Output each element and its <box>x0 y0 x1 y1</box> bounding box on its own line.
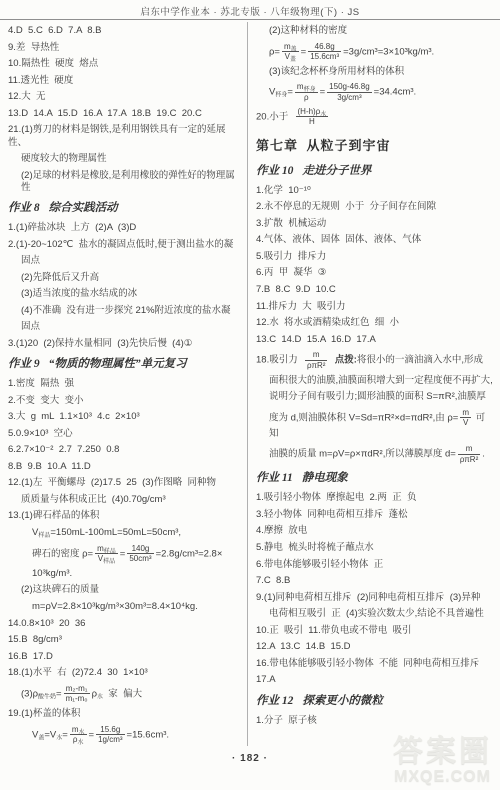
subscript: 样品 <box>103 559 115 565</box>
answer-line: 1.(1)碎盐冰块 上方 (2)A (3)D <box>8 222 244 234</box>
subscript: 酸牛奶 <box>38 694 56 700</box>
fraction: m水ρ水 <box>70 725 87 745</box>
answer-line: 4.D 5.C 6.D 7.A 8.B <box>8 25 244 37</box>
fraction: (H-h)ρ水H <box>296 107 329 127</box>
answer-line: 固点 <box>8 321 244 333</box>
column-divider <box>247 22 248 746</box>
answer-line: 13.(1)碑石样品的体积 <box>8 510 244 522</box>
section-heading: 作业 8综合实践活动 <box>8 201 244 216</box>
fraction: m盖V盖 <box>282 42 299 62</box>
page-header: 启东中学作业本 · 苏北专版 · 八年级物理(下) · JS <box>0 4 500 18</box>
answer-line: (2)这种材料的密度 <box>256 25 494 37</box>
section-label: 作业 9 <box>8 358 40 370</box>
answer-line: 碑石的密度 ρ=m样品V样品=140g50cm³=2.8g/cm³=2.8× <box>8 544 244 564</box>
subscript: 样品 <box>38 533 50 539</box>
answer-line: 3.大 g mL 1.1×10³ 4.c 2×10³ <box>8 411 244 423</box>
answer-line: 度为 d,则油膜体积 V=Sd=πR²×d=πdR²,由 ρ=mV 可知 <box>256 408 494 441</box>
answer-line: (3)ρ酸牛奶=m₂-m₁m₁-m₀ρ水 家 偏大 <box>8 684 244 704</box>
answer-line: 固点 <box>8 255 244 267</box>
answer-line: 9.(1)同种电荷相互排斥 (2)同种电荷相互排斥 (3)异种 <box>256 592 494 604</box>
right-column: (2)这种材料的密度ρ=m盖V盖=46.8g15.6cm³=3g/cm³=3×1… <box>256 25 494 731</box>
answer-line: V杯身=m杯身ρ=150g-46.8g3g/cm³=34.4cm³. <box>256 82 494 102</box>
answer-line: 6.丙 甲 凝华 ③ <box>256 267 494 279</box>
answer-line: 1.化学 10⁻¹⁰ <box>256 185 494 197</box>
section-heading: 作业 9“物质的物理属性”单元复习 <box>8 357 244 372</box>
watermark-logo: 答案圈 <box>393 735 492 768</box>
fraction: mV <box>460 408 471 428</box>
watermark-domain: MXQE.COM <box>393 768 492 786</box>
answer-line: 7.B 8.C 9.D 10.C <box>256 284 494 296</box>
answer-line: 4.摩擦 放电 <box>256 525 494 537</box>
answer-line: (2)这块碑石的质量 <box>8 584 244 596</box>
answer-line: 2.(1)-20~102℃ 盐水的凝固点低时,便于测出盐水的凝 <box>8 239 244 251</box>
answer-line: 2.不变 变大 变小 <box>8 395 244 407</box>
section-title: 综合实践活动 <box>49 202 118 214</box>
answer-line: ρ=m盖V盖=46.8g15.6cm³=3g/cm³=3×10³kg/m³. <box>256 42 494 62</box>
answer-line: 11.透光性 硬度 <box>8 75 244 87</box>
fraction: m杯身ρ <box>295 82 318 102</box>
answer-line: m=ρV=2.8×10³kg/m³×30m³=8.4×10⁴kg. <box>8 601 244 613</box>
answer-line: 11.排斥力 大 吸引力 <box>256 301 494 313</box>
answer-line: 5.静电 梳头时将梳子蘸点水 <box>256 542 494 554</box>
answer-line: 说明分子间有吸引力;圆形油膜的面积 S=πR²,油膜厚 <box>256 391 494 403</box>
fraction: mρπR² <box>458 444 480 464</box>
fraction: 140g50cm³ <box>127 544 153 564</box>
answer-line: 13.D 14.A 15.D 16.A 17.A 18.B 19.C 20.C <box>8 108 244 120</box>
section-title: 静电现象 <box>302 472 348 484</box>
fraction: 150g-46.8g3g/cm³ <box>327 82 371 102</box>
section-title: 走进分子世界 <box>302 165 371 177</box>
answer-line: (2)足球的材料是橡胶,是利用橡胶的弹性好的物理属性 <box>8 170 244 195</box>
header-rule <box>0 19 500 20</box>
section-title: “物质的物理属性”单元复习 <box>49 358 187 370</box>
answer-line: 14.0.8×10³ 20 36 <box>8 618 244 630</box>
subscript: 杯身 <box>275 93 287 99</box>
answer-line: 6.带电体能够吸引轻小物体 正 <box>256 559 494 571</box>
chapter-heading: 第七章 从粒子到宇宙 <box>256 138 494 155</box>
answer-line: 10.正 吸引 11.带负电或不带电 吸引 <box>256 625 494 637</box>
answer-line: 1.分子 原子核 <box>256 715 494 727</box>
answer-line: 7.C 8.B <box>256 575 494 587</box>
answer-line: 2.永不停息的无规则 小于 分子间存在间隙 <box>256 201 494 213</box>
answer-line: 16.B 17.D <box>8 651 244 663</box>
answer-line: 12.大 无 <box>8 91 244 103</box>
answer-line: 12.(1)左 平衡螺母 (2)17.5 25 (3)作图略 同种物 <box>8 477 244 489</box>
answer-line: (4)不准确 没有进一步探究 21%附近浓度的盐水凝 <box>8 305 244 317</box>
section-heading: 作业 11静电现象 <box>256 471 494 486</box>
answer-line: 16.带电体能够吸引轻小物体 不能 同种电荷相互排斥 <box>256 658 494 670</box>
section-heading: 作业 12探索更小的微粒 <box>256 694 494 709</box>
answer-line: 油膜的质量 m=ρV=ρ×πdR²,所以薄膜厚度 d=mρπR². <box>256 444 494 464</box>
answer-line: 3.扩散 机械运动 <box>256 218 494 230</box>
answer-line: 19.(1)杯盖的体积 <box>8 708 244 720</box>
fraction: 15.6g1g/cm³ <box>96 725 124 745</box>
answer-line: 18.(1)水平 右 (2)72.4 30 1×10³ <box>8 667 244 679</box>
answer-line: 3.(1)20 (2)保持水量相同 (3)先快后慢 (4)① <box>8 338 244 350</box>
answer-line: 8.B 9.B 10.A 11.D <box>8 461 244 473</box>
fraction: 46.8g15.6cm³ <box>308 42 341 62</box>
answer-line: (3)该纪念杯杯身所用材料的体积 <box>256 66 494 78</box>
fraction: mρπR² <box>305 350 327 370</box>
answer-line: 5.吸引力 排斥力 <box>256 251 494 263</box>
answer-line: 面积很大的油膜,油膜面积增大到一定程度便不再扩大, <box>256 375 494 387</box>
answer-line: 1.密度 隔热 强 <box>8 378 244 390</box>
answer-line: 21.(1)剪刀的材料是钢铁,是利用钢铁具有一定的延展性、 <box>8 124 244 149</box>
answer-line: 硬度较大的物理属性 <box>8 153 244 165</box>
answer-line: 6.2.7×10⁻² 2.7 7.250 0.8 <box>8 444 244 456</box>
answer-line: (3)适当浓度的盐水结成的冰 <box>8 288 244 300</box>
left-column: 4.D 5.C 6.D 7.A 8.B9.差 导热性10.隔热性 硬度 熔点11… <box>8 25 244 749</box>
answer-line: 12.A 13.C 14.B 15.D <box>256 641 494 653</box>
section-heading: 作业 10走进分子世界 <box>256 164 494 179</box>
answer-line: 3.轻小物体 同种电荷相互排斥 蓬松 <box>256 509 494 521</box>
answer-line: 12.水 将水或酒精染成红色 细 小 <box>256 317 494 329</box>
answer-line: 9.差 导热性 <box>8 42 244 54</box>
answer-book-page: 启东中学作业本 · 苏北专版 · 八年级物理(下) · JS 4.D 5.C 6… <box>0 0 500 790</box>
section-label: 作业 8 <box>8 202 40 214</box>
section-label: 作业 11 <box>256 472 293 484</box>
answer-line: 4.气体、液体、固体 固体、液体、气体 <box>256 234 494 246</box>
section-label: 作业 12 <box>256 695 293 707</box>
answer-line: 10³kg/m³. <box>8 568 244 580</box>
answer-line: 1.吸引轻小物体 摩擦起电 2.两 正 负 <box>256 492 494 504</box>
answer-line: V样品=150mL-100mL=50mL=50cm³, <box>8 527 244 539</box>
answer-line: 15.B 8g/cm³ <box>8 634 244 646</box>
section-title: 探索更小的微粒 <box>302 695 383 707</box>
fraction: m样品V样品 <box>95 544 118 564</box>
watermark: 答案圈 MXQE.COM <box>393 735 492 786</box>
answer-line: 17.A <box>256 674 494 686</box>
subscript: 水 <box>77 740 83 746</box>
answer-line: 13.C 14.D 15.A 16.D 17.A <box>256 334 494 346</box>
answer-line: V盖=V水=m水ρ水=15.6g1g/cm³=15.6cm³. <box>8 725 244 745</box>
answer-line: 18.吸引力 mρπR² 点拨:将很小的一滴油滴入水中,形成 <box>256 350 494 370</box>
answer-line: 10.隔热性 硬度 熔点 <box>8 58 244 70</box>
section-label: 作业 10 <box>256 165 293 177</box>
answer-line: 5.0.9×10³ 空心 <box>8 428 244 440</box>
subscript: 盖 <box>290 57 296 63</box>
fraction: m₂-m₁m₁-m₀ <box>64 684 90 704</box>
answer-line: 20.小于 (H-h)ρ水H <box>256 107 494 127</box>
answer-line: 电荷相互吸引 正 (4)实验次数太少,结论不具普遍性 <box>256 608 494 620</box>
answer-line: (2)先降低后又升高 <box>8 272 244 284</box>
answer-line: 质质量与体积成正比 (4)0.70g/cm³ <box>8 494 244 506</box>
